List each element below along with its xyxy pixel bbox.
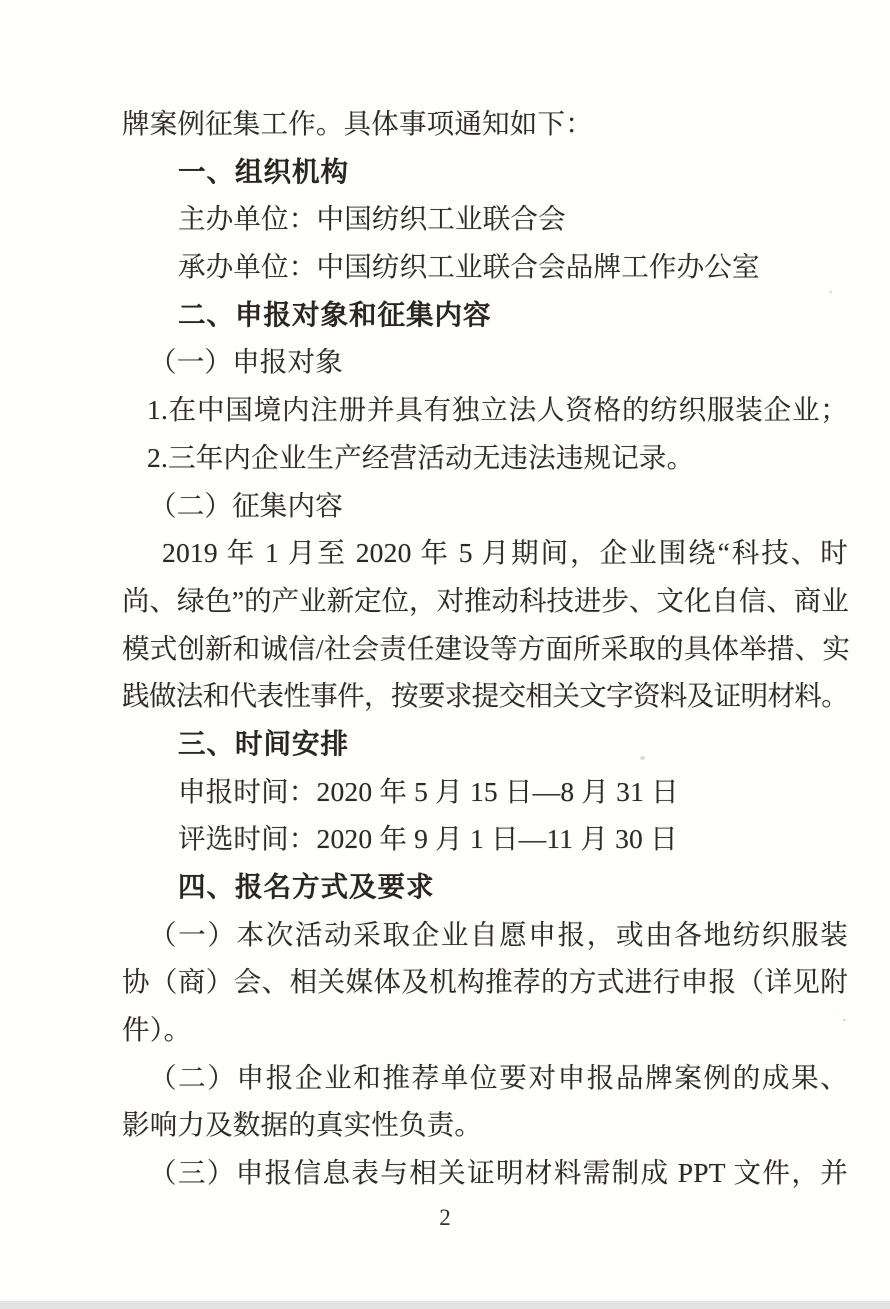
text-line: 模式创新和诚信/社会责任建设等方面所采取的具体举措、实 [122,625,848,673]
text-line: （二）征集内容 [122,482,848,530]
document-page: 牌案例征集工作。具体事项通知如下：一、组织机构主办单位：中国纺织工业联合会承办单… [0,0,890,1309]
text-line: 践做法和代表性事件，按要求提交相关文字资料及证明材料。 [122,672,848,720]
page-number: 2 [0,1205,890,1231]
text-line: 主办单位：中国纺织工业联合会 [122,195,848,243]
section-heading: 二、申报对象和征集内容 [122,291,848,339]
text-line: 1.在中国境内注册并具有独立法人资格的纺织服装企业； [122,386,848,434]
text-line: 评选时间：2020 年 9 月 1 日—11 月 30 日 [122,815,848,863]
text-line: 影响力及数据的真实性负责。 [122,1101,848,1149]
text-line: （三）申报信息表与相关证明材料需制成 PPT 文件，并 [122,1149,848,1197]
text-line: 2.三年内企业生产经营活动无违法违规记录。 [122,434,848,482]
text-line: 申报时间：2020 年 5 月 15 日—8 月 31 日 [122,768,848,816]
text-line: 协（商）会、相关媒体及机构推荐的方式进行申报（详见附 [122,958,848,1006]
document-body: 牌案例征集工作。具体事项通知如下：一、组织机构主办单位：中国纺织工业联合会承办单… [122,100,848,1197]
section-heading: 四、报名方式及要求 [122,863,848,911]
text-line: （二）申报企业和推荐单位要对申报品牌案例的成果、 [122,1054,848,1102]
text-line: 牌案例征集工作。具体事项通知如下： [122,100,848,148]
text-line: 承办单位：中国纺织工业联合会品牌工作办公室 [122,243,848,291]
text-line: 尚、绿色”的产业新定位，对推动科技进步、文化自信、商业 [122,577,848,625]
text-line: 件）。 [122,1006,848,1054]
section-heading: 三、时间安排 [122,720,848,768]
section-heading: 一、组织机构 [122,148,848,196]
text-line: 2019 年 1 月至 2020 年 5 月期间，企业围绕“科技、时 [122,529,848,577]
text-line: （一）申报对象 [122,338,848,386]
scan-artifact-mark: ʼ [828,288,833,306]
scan-smudge [640,756,645,760]
scan-artifact-dot: · [842,1014,847,1030]
text-line: （一）本次活动采取企业自愿申报，或由各地纺织服装 [122,911,848,959]
scan-edge-strip [0,1301,890,1309]
